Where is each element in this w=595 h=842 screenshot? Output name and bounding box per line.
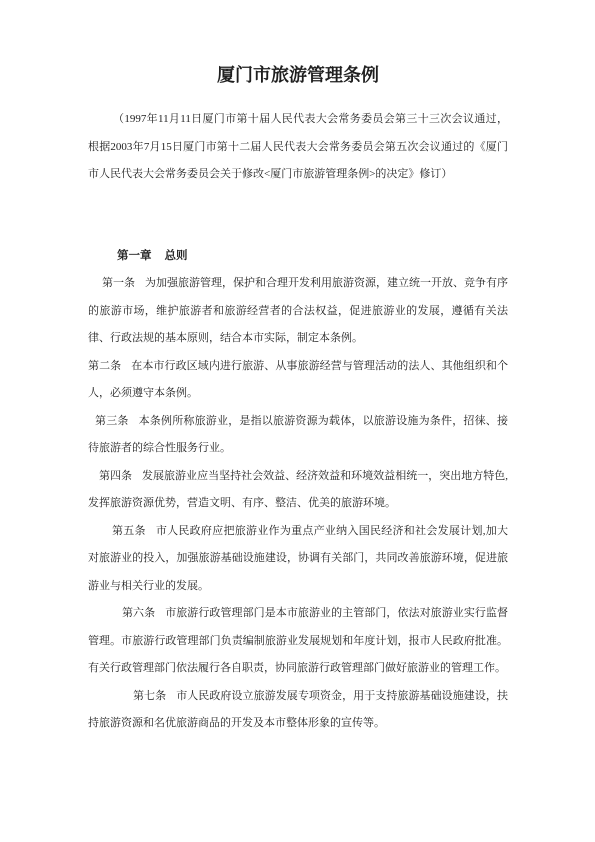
article-2: 第二条在本市行政区域内进行旅游、从事旅游经营与管理活动的法人、其他组织和个人，必… <box>88 353 508 408</box>
article-5: 第五条市人民政府应把旅游业作为重点产业纳入国民经济和社会发展计划,加大对旅游业的… <box>88 518 508 601</box>
article-3-text: 本条例所称旅游业，是指以旅游资源为载体，以旅游设施为条件，招徕、接待旅游者的综合… <box>88 415 508 455</box>
article-7-label: 第七条 <box>133 690 166 702</box>
article-3: 第三条本条例所称旅游业，是指以旅游资源为载体，以旅游设施为条件，招徕、接待旅游者… <box>88 408 508 463</box>
article-4-label: 第四条 <box>99 470 132 482</box>
article-3-label: 第三条 <box>95 415 129 427</box>
article-1: 第一条为加强旅游管理，保护和合理开发利用旅游资源，建立统一开放、竞争有序的旅游市… <box>88 270 508 353</box>
article-6: 第六条市旅游行政管理部门是本市旅游业的主管部门，依法对旅游业实行监督管理。市旅游… <box>88 600 508 683</box>
article-1-label: 第一条 <box>102 277 135 289</box>
article-1-text: 为加强旅游管理，保护和合理开发利用旅游资源，建立统一开放、竞争有序的旅游市场，维… <box>88 277 508 344</box>
article-5-label: 第五条 <box>112 525 146 537</box>
preamble: （1997年11月11日厦门市第十届人民代表大会常务委员会第三十三次会议通过，根… <box>88 106 508 189</box>
article-6-label: 第六条 <box>122 607 155 619</box>
article-7: 第七条市人民政府设立旅游发展专项资金，用于支持旅游基础设施建设，扶持旅游资源和名… <box>88 683 508 738</box>
article-4-text: 发展旅游业应当坚持社会效益、经济效益和环境效益相统一，突出地方特色,发挥旅游资源… <box>88 470 508 510</box>
page-title: 厦门市旅游管理条例 <box>88 62 508 88</box>
article-2-label: 第二条 <box>88 360 121 372</box>
article-4: 第四条发展旅游业应当坚持社会效益、经济效益和环境效益相统一，突出地方特色,发挥旅… <box>88 463 508 518</box>
chapter-heading: 第一章总则 <box>88 243 508 271</box>
document-page: 厦门市旅游管理条例 （1997年11月11日厦门市第十届人民代表大会常务委员会第… <box>0 0 595 842</box>
article-2-text: 在本市行政区域内进行旅游、从事旅游经营与管理活动的法人、其他组织和个人，必须遵守… <box>88 360 508 400</box>
article-5-text: 市人民政府应把旅游业作为重点产业纳入国民经济和社会发展计划,加大对旅游业的投入，… <box>88 525 508 592</box>
chapter-label: 第一章 <box>117 250 152 262</box>
chapter-title: 总则 <box>165 250 188 262</box>
